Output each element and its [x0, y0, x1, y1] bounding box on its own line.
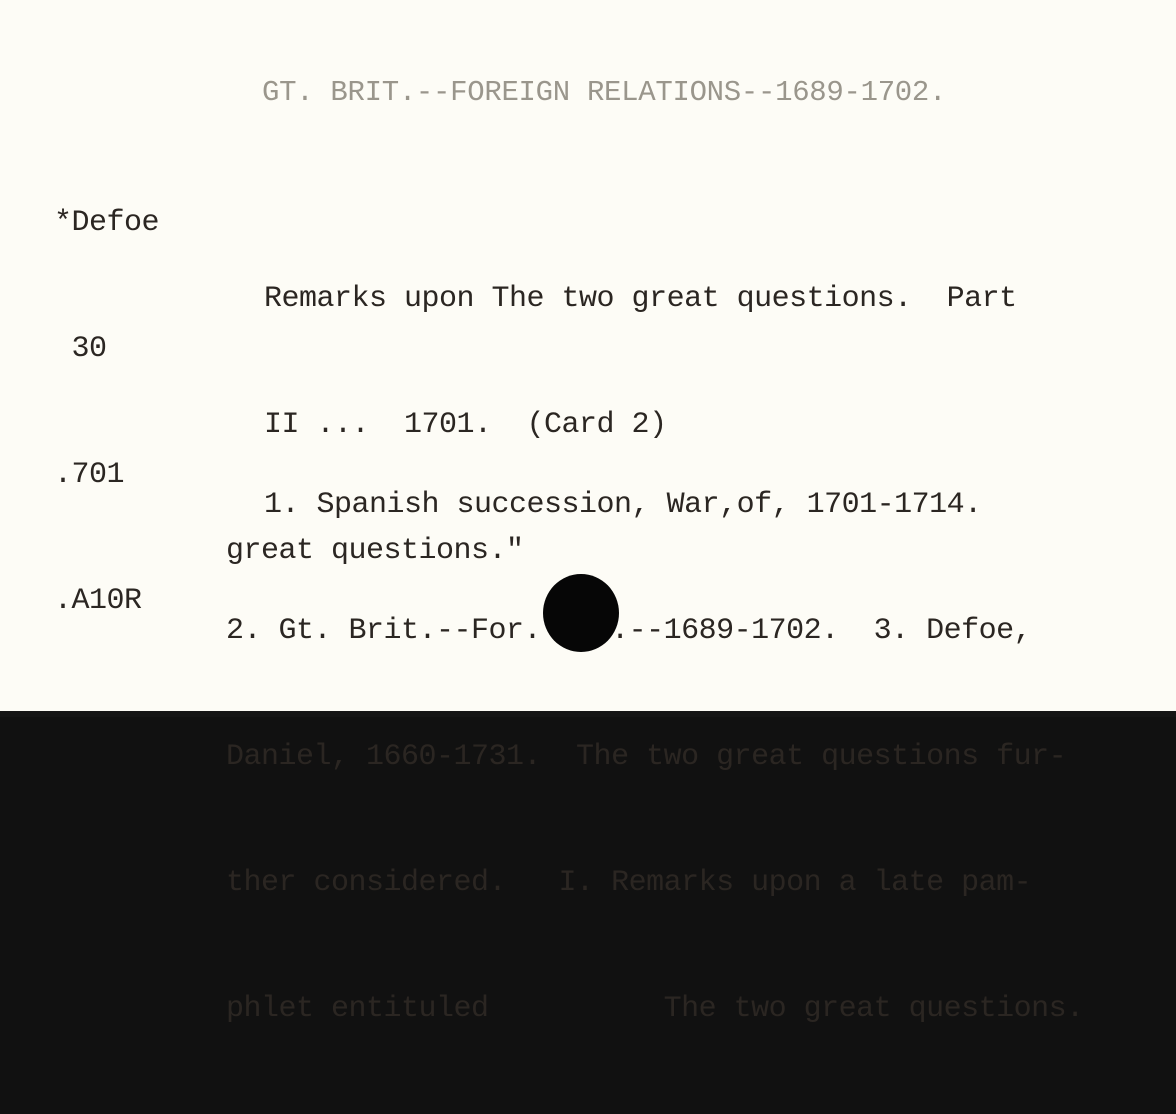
title-line: Remarks upon The two great questions. Pa… [226, 278, 1017, 320]
call-number-line: 30 [54, 328, 159, 370]
tracing-line: 1. Spanish succession, War,of, 1701-1714… [226, 484, 1084, 526]
call-number-line: .701 [54, 454, 159, 496]
call-number: *Defoe 30 .701 .A10R [54, 118, 159, 706]
tracing-line: 2. Gt. Brit.--For. rel.--1689-1702. 3. D… [226, 610, 1084, 652]
tracings: 1. Spanish succession, War,of, 1701-1714… [226, 400, 1084, 717]
catalog-card: GT. BRIT.--FOREIGN RELATIONS--1689-1702.… [0, 0, 1176, 717]
subject-heading: GT. BRIT.--FOREIGN RELATIONS--1689-1702. [262, 72, 946, 114]
call-number-line: .A10R [54, 580, 159, 622]
call-number-line: *Defoe [54, 202, 159, 244]
punch-hole [543, 574, 619, 652]
